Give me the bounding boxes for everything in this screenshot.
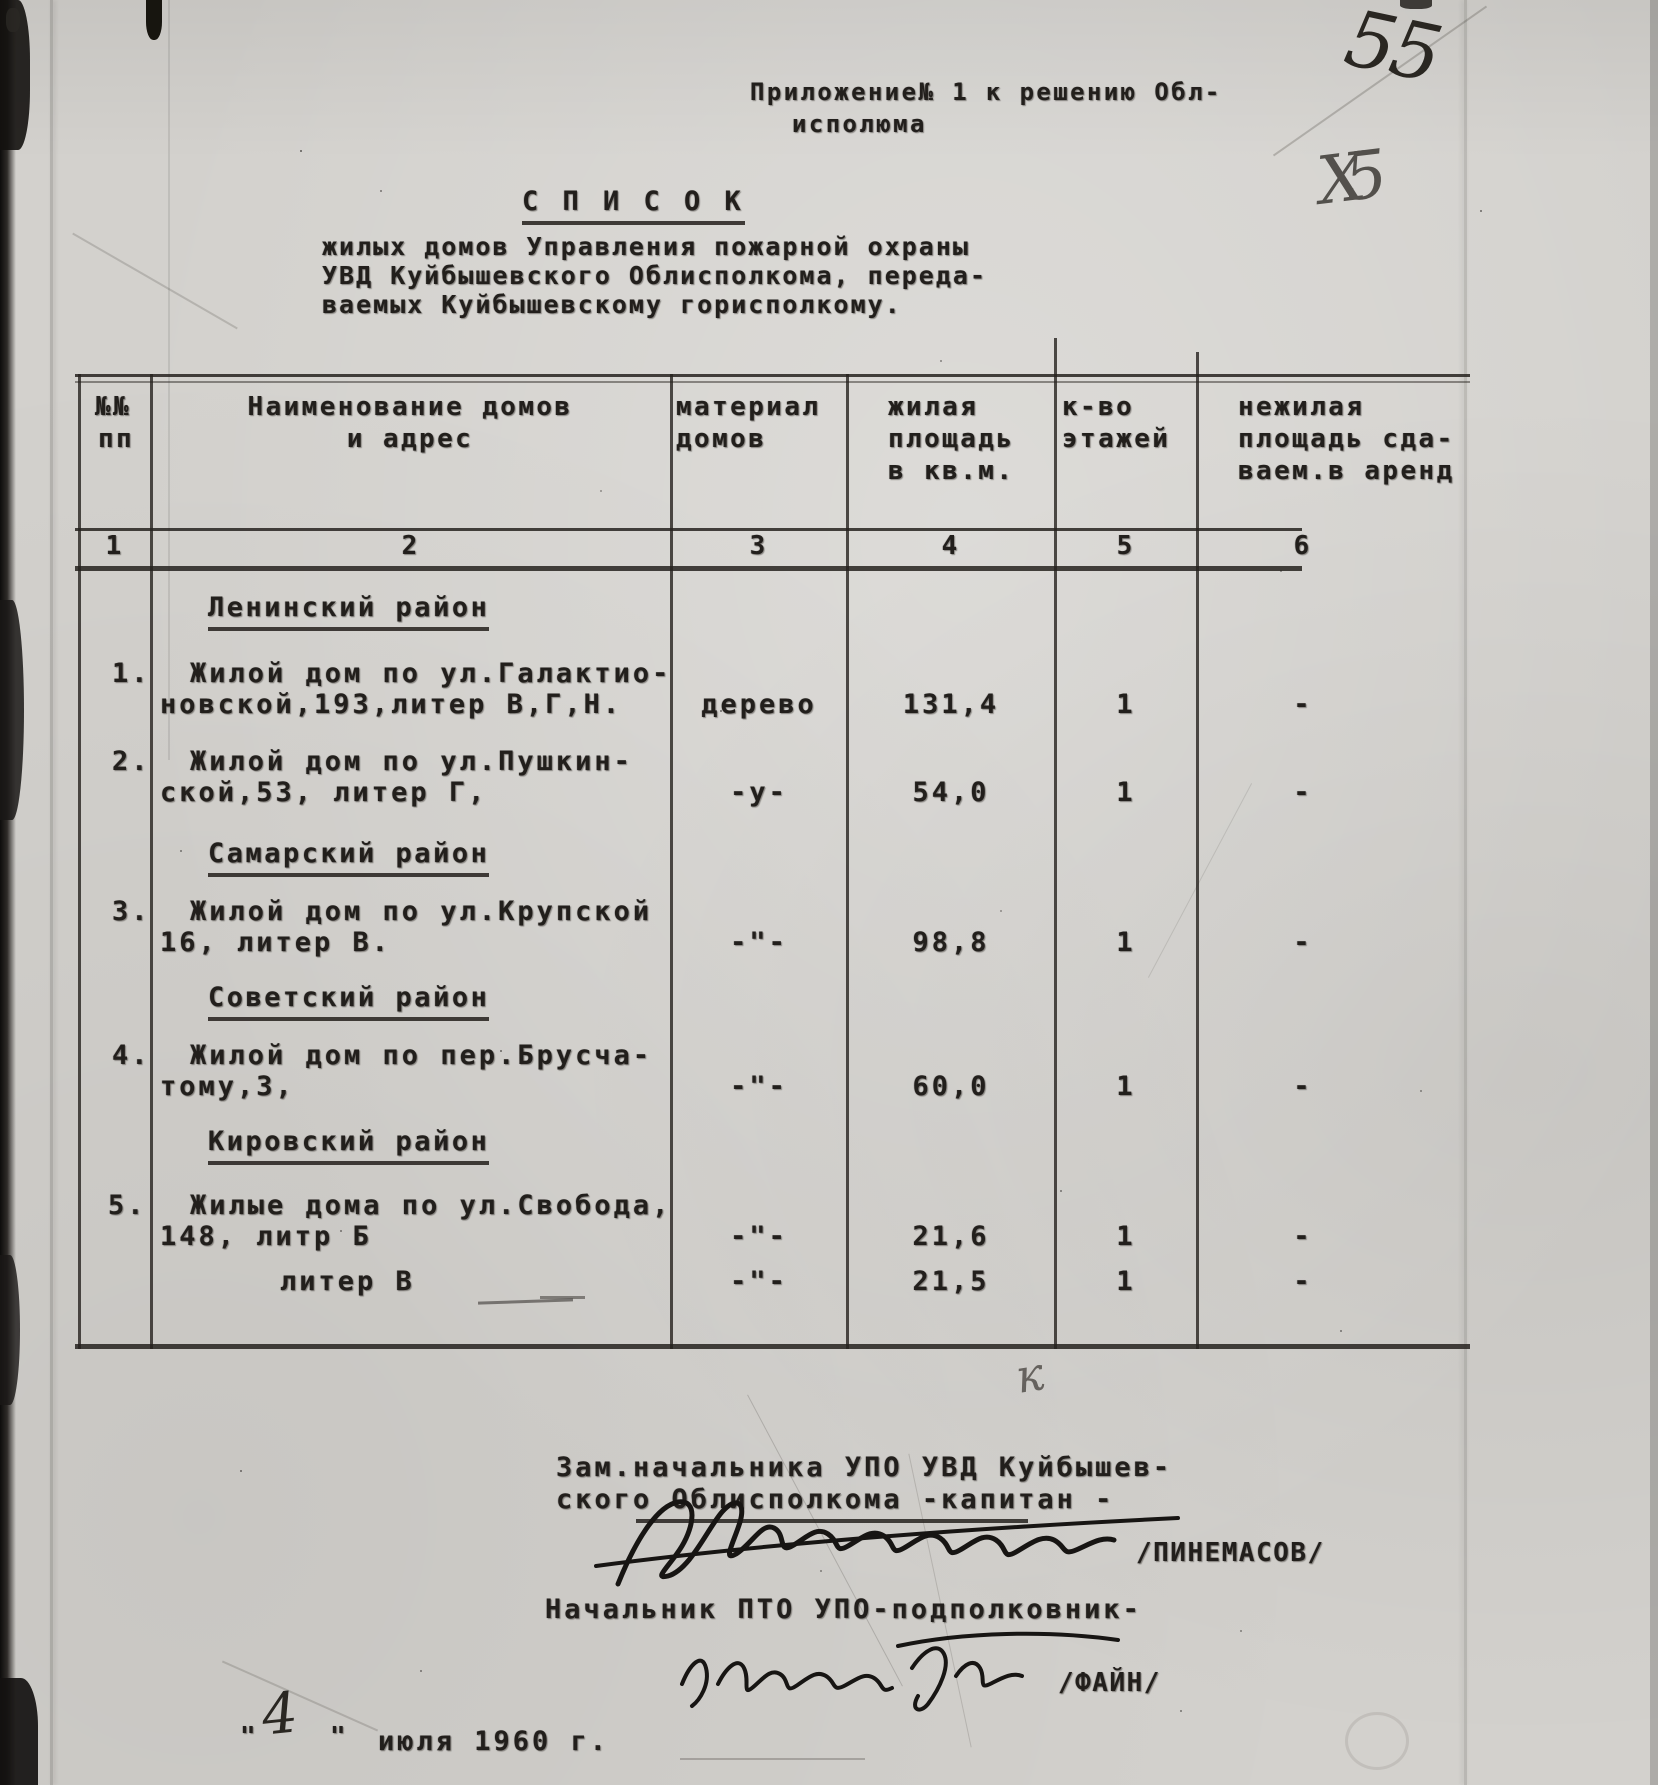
- section-heading-leninsky: Ленинский район: [208, 592, 489, 623]
- col6-header-line1: нежилая: [1238, 392, 1364, 422]
- document-title-wrap: С П И С О К: [522, 186, 745, 217]
- table-numbers-rule-bottom: [75, 566, 1302, 571]
- scan-edge-blob: [0, 1255, 20, 1405]
- row-material: -"-: [672, 1221, 846, 1252]
- col-number-3: 3: [672, 531, 846, 561]
- signature-name-2: /ФАЙН/: [1058, 1668, 1161, 1698]
- pen-dash-artifact: [478, 1298, 573, 1304]
- col2-header-line2: и адрес: [160, 424, 660, 454]
- col2-header-line1: Наименование домов: [160, 392, 660, 422]
- col6-header-line2: площадь сда-: [1238, 424, 1455, 454]
- row-nonres: -: [1198, 777, 1408, 808]
- document-title: С П И С О К: [522, 186, 745, 225]
- row-name-line1: Жилой дом по ул.Галактио-: [190, 658, 671, 689]
- col-number-1: 1: [80, 531, 150, 561]
- row-name-line2: 16, литер В.: [160, 927, 391, 958]
- section-heading-sovetsky: Советский район: [208, 982, 489, 1013]
- col3-header-line2: домов: [676, 424, 766, 454]
- paper-fold-line: [1464, 0, 1467, 1785]
- table-vline-5: [1196, 352, 1199, 1349]
- ink-blot-corner: [6, 8, 20, 32]
- row-num: 4.: [112, 1040, 151, 1071]
- date-quote-close: ": [330, 1722, 349, 1752]
- row-nonres: -: [1198, 927, 1408, 958]
- row-name-line1: литер В: [280, 1266, 415, 1297]
- row-area: 98,8: [848, 927, 1054, 958]
- col4-header-line3: в кв.м.: [888, 456, 1014, 486]
- col4-header-line2: площадь: [888, 424, 1014, 454]
- row-name-line1: Жилой дом по ул.Пушкин-: [190, 746, 633, 777]
- table-vline-1: [150, 374, 153, 1349]
- signoff1-line1: Зам.начальника УПО УВД Куйбышев-: [556, 1452, 1172, 1483]
- paper-fold-line: [50, 0, 53, 1785]
- appendix-line-2: исполюма: [792, 110, 927, 138]
- row-area: 21,5: [848, 1266, 1054, 1297]
- section-heading-text: Советский район: [208, 982, 489, 1021]
- row-num: 2.: [112, 746, 151, 777]
- row-num: 3.: [112, 896, 151, 927]
- table-vline-left: [78, 374, 81, 1349]
- row-material: дерево: [672, 689, 846, 720]
- row-nonres: -: [1198, 689, 1408, 720]
- subtitle-line-1: жилых домов Управления пожарной охраны: [322, 232, 970, 261]
- scan-left-edge: [0, 0, 16, 1785]
- paper-fold-line: [168, 0, 170, 760]
- col3-header-line1: материал: [676, 392, 820, 422]
- row-name-line1: Жилой дом по ул.Крупской: [190, 896, 652, 927]
- scan-right-edge: [1650, 0, 1658, 1785]
- row-name-line2: 148, литр Б: [160, 1221, 372, 1252]
- date-quote-open: ": [240, 1722, 259, 1752]
- subtitle-line-3: ваемых Куйбышевскому горисполкому.: [322, 290, 902, 319]
- scan-edge-blob: [0, 600, 24, 820]
- scanned-document-page: 55 Х5 к Приложение№ 1 к решению Обл- исп…: [0, 0, 1658, 1785]
- col5-header-line2: этажей: [1062, 424, 1170, 454]
- table-bottom-border: [75, 1344, 1470, 1349]
- section-heading-kirovsky: Кировский район: [208, 1126, 489, 1157]
- row-floors: 1: [1056, 927, 1196, 958]
- row-material: -"-: [672, 1266, 846, 1297]
- date-text: июля 1960 г.: [378, 1726, 609, 1757]
- row-num: 5.: [108, 1190, 147, 1221]
- table-vline-4: [1054, 338, 1057, 1349]
- row-nonres: -: [1198, 1266, 1408, 1297]
- section-heading-text: Самарский район: [208, 838, 489, 877]
- row-num: 1.: [112, 658, 151, 689]
- col1-header-line2: пп: [98, 424, 134, 454]
- section-heading-text: Ленинский район: [208, 592, 489, 631]
- row-name-line1: Жилой дом по пер.Брусча-: [190, 1040, 652, 1071]
- date-day-handwritten: 4: [259, 1680, 301, 1748]
- dust-specks: [300, 150, 302, 152]
- col-number-5: 5: [1056, 531, 1196, 561]
- row-name-line2: ской,53, литер Г,: [160, 777, 487, 808]
- col5-header-line1: к-во: [1062, 392, 1134, 422]
- scratch-line: [72, 233, 238, 330]
- signoff2-line1: Начальник ПТО УПО-подполковник-: [545, 1594, 1142, 1625]
- pencil-circle-faint: [1345, 1712, 1409, 1770]
- row-material: -"-: [672, 927, 846, 958]
- row-area: 21,6: [848, 1221, 1054, 1252]
- row-floors: 1: [1056, 689, 1196, 720]
- row-area: 60,0: [848, 1071, 1054, 1102]
- row-area: 54,0: [848, 777, 1054, 808]
- table-vline-3: [846, 374, 849, 1349]
- appendix-line-1: Приложение№ 1 к решению Обл-: [750, 78, 1222, 106]
- table-top-border-echo: [75, 381, 1470, 383]
- row-floors: 1: [1056, 1221, 1196, 1252]
- row-floors: 1: [1056, 777, 1196, 808]
- scratch-line: [222, 1661, 378, 1732]
- row-name-line1: Жилые дома по ул.Свобода,: [190, 1190, 671, 1221]
- col-number-4: 4: [848, 531, 1054, 561]
- ink-blot-top: [146, 0, 162, 40]
- pen-dash-artifact: [540, 1296, 585, 1299]
- table-top-border: [75, 374, 1470, 377]
- scan-edge-blob: [0, 1678, 38, 1785]
- handwritten-page-number: 55: [1338, 0, 1446, 101]
- row-name-line2: тому,3,: [160, 1071, 295, 1102]
- row-nonres: -: [1198, 1071, 1408, 1102]
- row-material: -у-: [672, 777, 846, 808]
- scan-edge-blob: [0, 0, 30, 150]
- section-heading-text: Кировский район: [208, 1126, 489, 1165]
- col-number-2: 2: [152, 531, 670, 561]
- col6-header-line3: ваем.в аренд: [1238, 456, 1455, 486]
- row-floors: 1: [1056, 1071, 1196, 1102]
- subtitle-line-2: УВД Куйбышевского Облисполкома, переда-: [322, 261, 987, 290]
- row-floors: 1: [1056, 1266, 1196, 1297]
- col1-header-line1: №№: [95, 392, 131, 422]
- handwritten-margin-mark: к: [1012, 1346, 1048, 1404]
- signature-name-1: /ПИНЕМАСОВ/: [1136, 1538, 1325, 1568]
- handwritten-corner-mark: Х5: [1313, 137, 1371, 219]
- row-material: -"-: [672, 1071, 846, 1102]
- signature-pinemasov: [590, 1488, 1190, 1600]
- row-name-line2: новской,193,литер В,Г,Н.: [160, 689, 622, 720]
- col4-header-line1: жилая: [888, 392, 978, 422]
- section-heading-samarsky: Самарский район: [208, 838, 489, 869]
- col-number-6: 6: [1198, 531, 1408, 561]
- row-nonres: -: [1198, 1221, 1408, 1252]
- row-area: 131,4: [848, 689, 1054, 720]
- pencil-line-faint: [680, 1758, 865, 1760]
